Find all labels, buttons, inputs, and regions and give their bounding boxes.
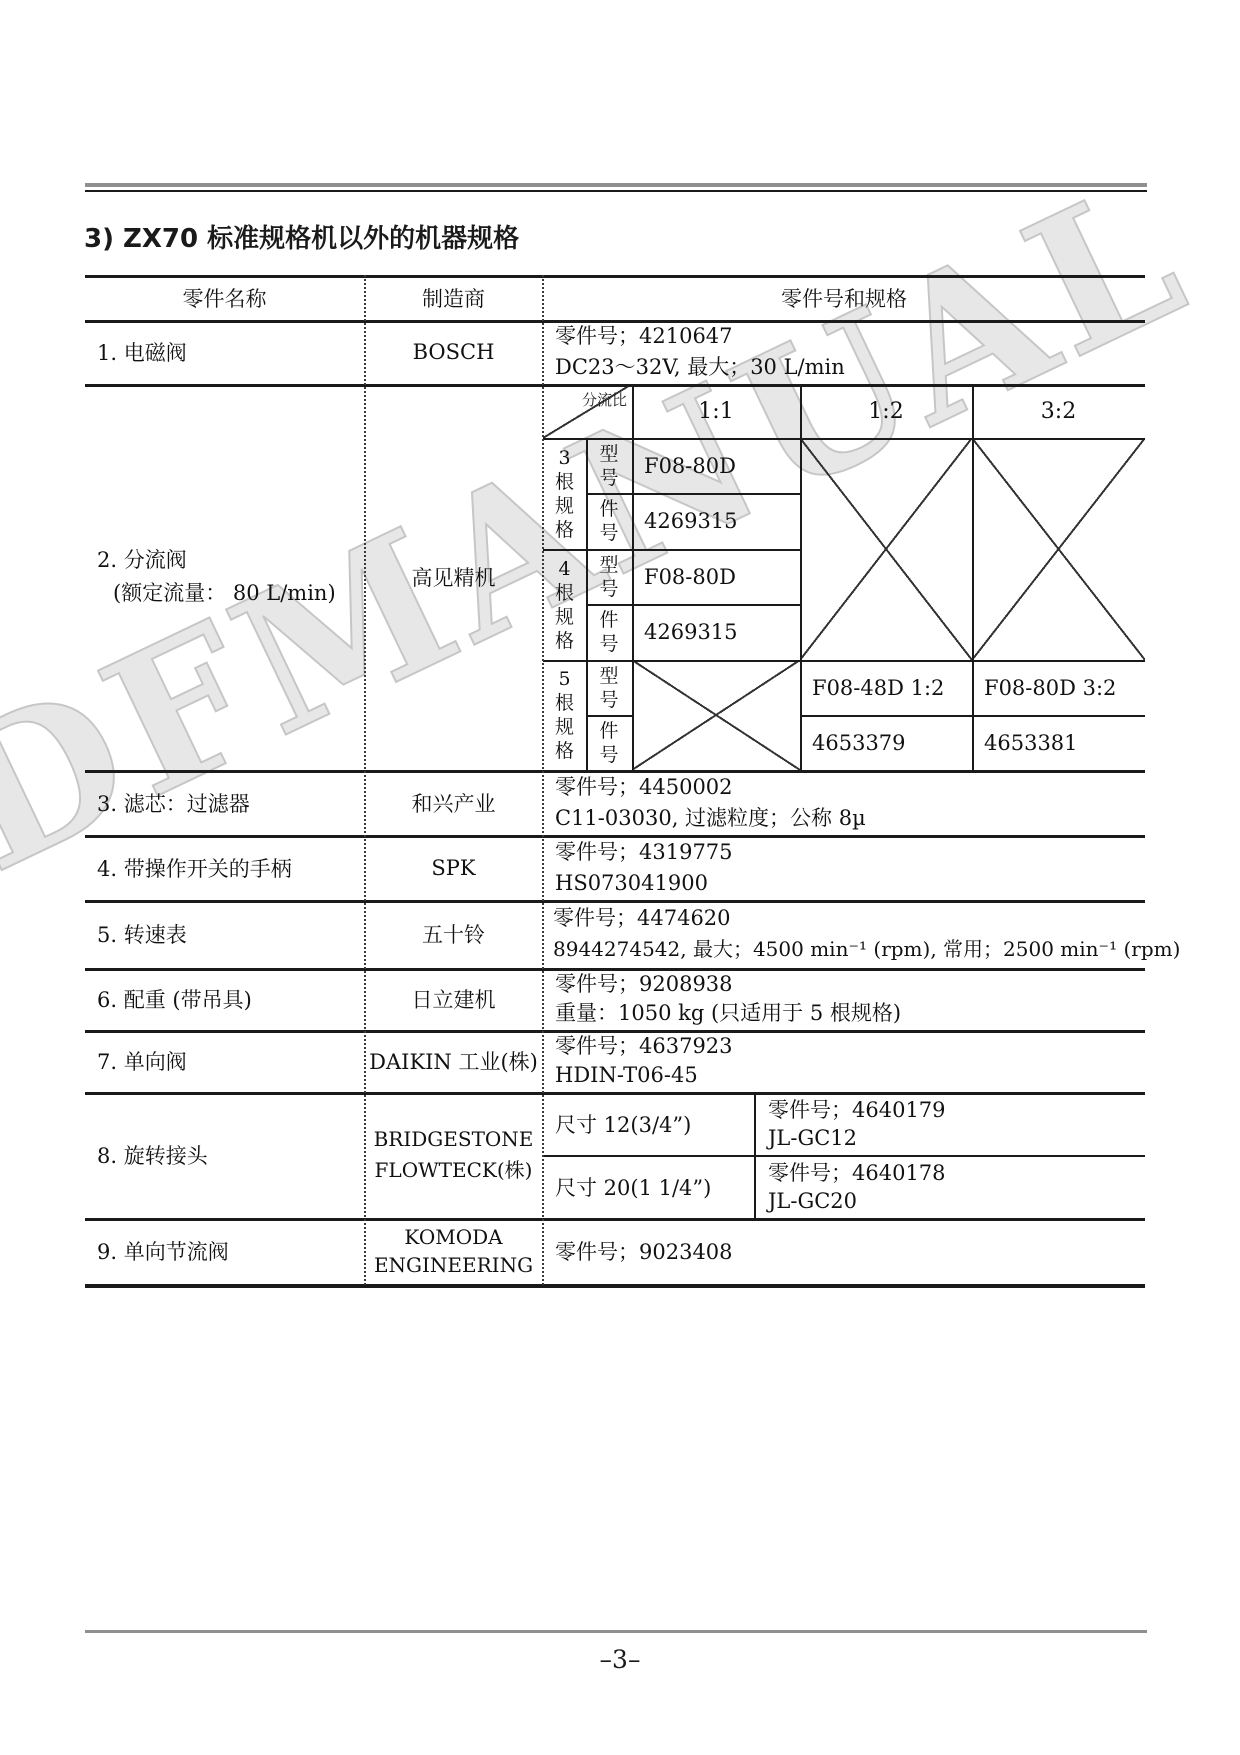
not-applicable-cross [972, 438, 1145, 660]
row5-part-name: 5. 转速表 [85, 900, 376, 968]
page-title: 3) ZX70 标准规格机以外的机器规格 [84, 218, 519, 255]
row9-manufacturer-line2: ENGINEERING [374, 1251, 533, 1279]
model-label: 型号 [597, 553, 621, 601]
row3-manufacturer: 和兴产业 [364, 770, 543, 835]
row3-spec-line1: 零件号；4450002 [555, 772, 733, 803]
row6-spec-line2: 重量：1050 kg (只适用于 5 根规格) [555, 999, 901, 1028]
row8-sub1-line2: JL-GC12 [768, 1124, 857, 1152]
nested-column-divider [972, 384, 974, 770]
row5-manufacturer: 五十铃 [364, 900, 543, 968]
row7-part-name: 7. 单向阀 [85, 1030, 376, 1092]
header-part-name: 零件名称 [85, 275, 364, 320]
part-5-spool-1-2: 4653379 [812, 715, 972, 770]
row5-spec-line1: 零件号；4474620 [553, 903, 731, 934]
row8-manufacturer-line2: FLOWTECK(株) [375, 1155, 533, 1186]
model-3-spool: F08-80D [644, 438, 800, 493]
row8-size-1: 尺寸 12(3/4”) [555, 1092, 754, 1155]
document-page: PDFMANUAL 3) ZX70 标准规格机以外的机器规格 零件名称 制造商 … [0, 0, 1240, 1755]
row9-part-name: 9. 单向节流阀 [85, 1218, 376, 1284]
row1-spec-line1: 零件号；4210647 [555, 321, 733, 352]
table-bottom-border [85, 1284, 1145, 1288]
row4-manufacturer: SPK [364, 835, 543, 900]
row1-spec-line2: DC23～32V, 最大；30 L/min [555, 352, 845, 383]
row2-part-name: 2. 分流阀 [97, 544, 187, 577]
part-4-spool: 4269315 [644, 604, 800, 660]
row8-sub2-line1: 零件号；4640178 [768, 1159, 946, 1187]
row2-part-name-note: (额定流量： 80 L/min) [97, 577, 336, 610]
row8-sub1-line1: 零件号；4640179 [768, 1096, 946, 1124]
group-4-spool-label: 4根规格 [553, 557, 577, 653]
page-number: –3– [0, 1645, 1240, 1674]
row8-part-name: 8. 旋转接头 [85, 1092, 376, 1218]
model-4-spool: F08-80D [644, 549, 800, 604]
model-label: 型号 [597, 664, 621, 712]
row8-size-2: 尺寸 20(1 1/4”) [555, 1155, 754, 1218]
row4-spec-line1: 零件号；4319775 [555, 837, 733, 868]
row8-sub2-line2: JL-GC20 [768, 1187, 857, 1215]
row9-spec-line1: 零件号；9023408 [543, 1218, 1157, 1284]
not-applicable-cross [800, 438, 972, 660]
model-5-spool-1-2: F08-48D 1:2 [812, 660, 972, 715]
not-applicable-cross [632, 660, 800, 770]
row8-manufacturer-line1: BRIDGESTONE [374, 1124, 534, 1155]
row4-part-name: 4. 带操作开关的手柄 [85, 835, 376, 900]
part-label: 件号 [597, 719, 621, 767]
model-5-spool-3-2: F08-80D 3:2 [984, 660, 1145, 715]
row6-spec-line1: 零件号；9208938 [555, 970, 733, 999]
part-label: 件号 [597, 497, 621, 545]
nested-column-divider [800, 384, 802, 770]
row5-spec-line2: 8944274542, 最大；4500 min⁻¹ (rpm), 常用；2500… [553, 934, 1180, 965]
ratio-1-1: 1:1 [632, 384, 800, 438]
row1-manufacturer: BOSCH [364, 320, 543, 384]
nested-column-divider [632, 384, 634, 770]
header-manufacturer: 制造商 [364, 275, 543, 320]
group-5-spool-label: 5根规格 [553, 667, 577, 763]
group-3-spool-label: 3根规格 [553, 446, 577, 542]
row3-spec-line2: C11-03030, 过滤粒度；公称 8µ [555, 803, 866, 834]
bottom-rule [85, 1630, 1147, 1633]
row7-manufacturer: DAIKIN 工业(株) [364, 1030, 543, 1092]
row6-part-name: 6. 配重 (带吊具) [85, 968, 376, 1030]
ratio-label: 分流比 [582, 389, 627, 410]
top-rule-black [85, 190, 1147, 192]
ratio-diagonal-cell: 分流比 [543, 384, 632, 438]
row3-part-name: 3. 滤芯：过滤器 [85, 770, 376, 835]
row2-manufacturer: 高见精机 [364, 384, 543, 770]
part-3-spool: 4269315 [644, 493, 800, 549]
top-rule-gray [85, 183, 1147, 187]
row7-spec-line2: HDIN-T06-45 [555, 1061, 698, 1090]
row9-manufacturer-line1: KOMODA [404, 1223, 502, 1251]
header-part-spec: 零件号和规格 [543, 275, 1145, 320]
row4-spec-line2: HS073041900 [555, 868, 708, 899]
row1-part-name: 1. 电磁阀 [85, 320, 376, 384]
ratio-1-2: 1:2 [800, 384, 972, 438]
model-label: 型号 [597, 442, 621, 490]
part-label: 件号 [597, 608, 621, 656]
part-5-spool-3-2: 4653381 [984, 715, 1145, 770]
row7-spec-line1: 零件号；4637923 [555, 1032, 733, 1061]
ratio-3-2: 3:2 [972, 384, 1145, 438]
row6-manufacturer: 日立建机 [364, 968, 543, 1030]
